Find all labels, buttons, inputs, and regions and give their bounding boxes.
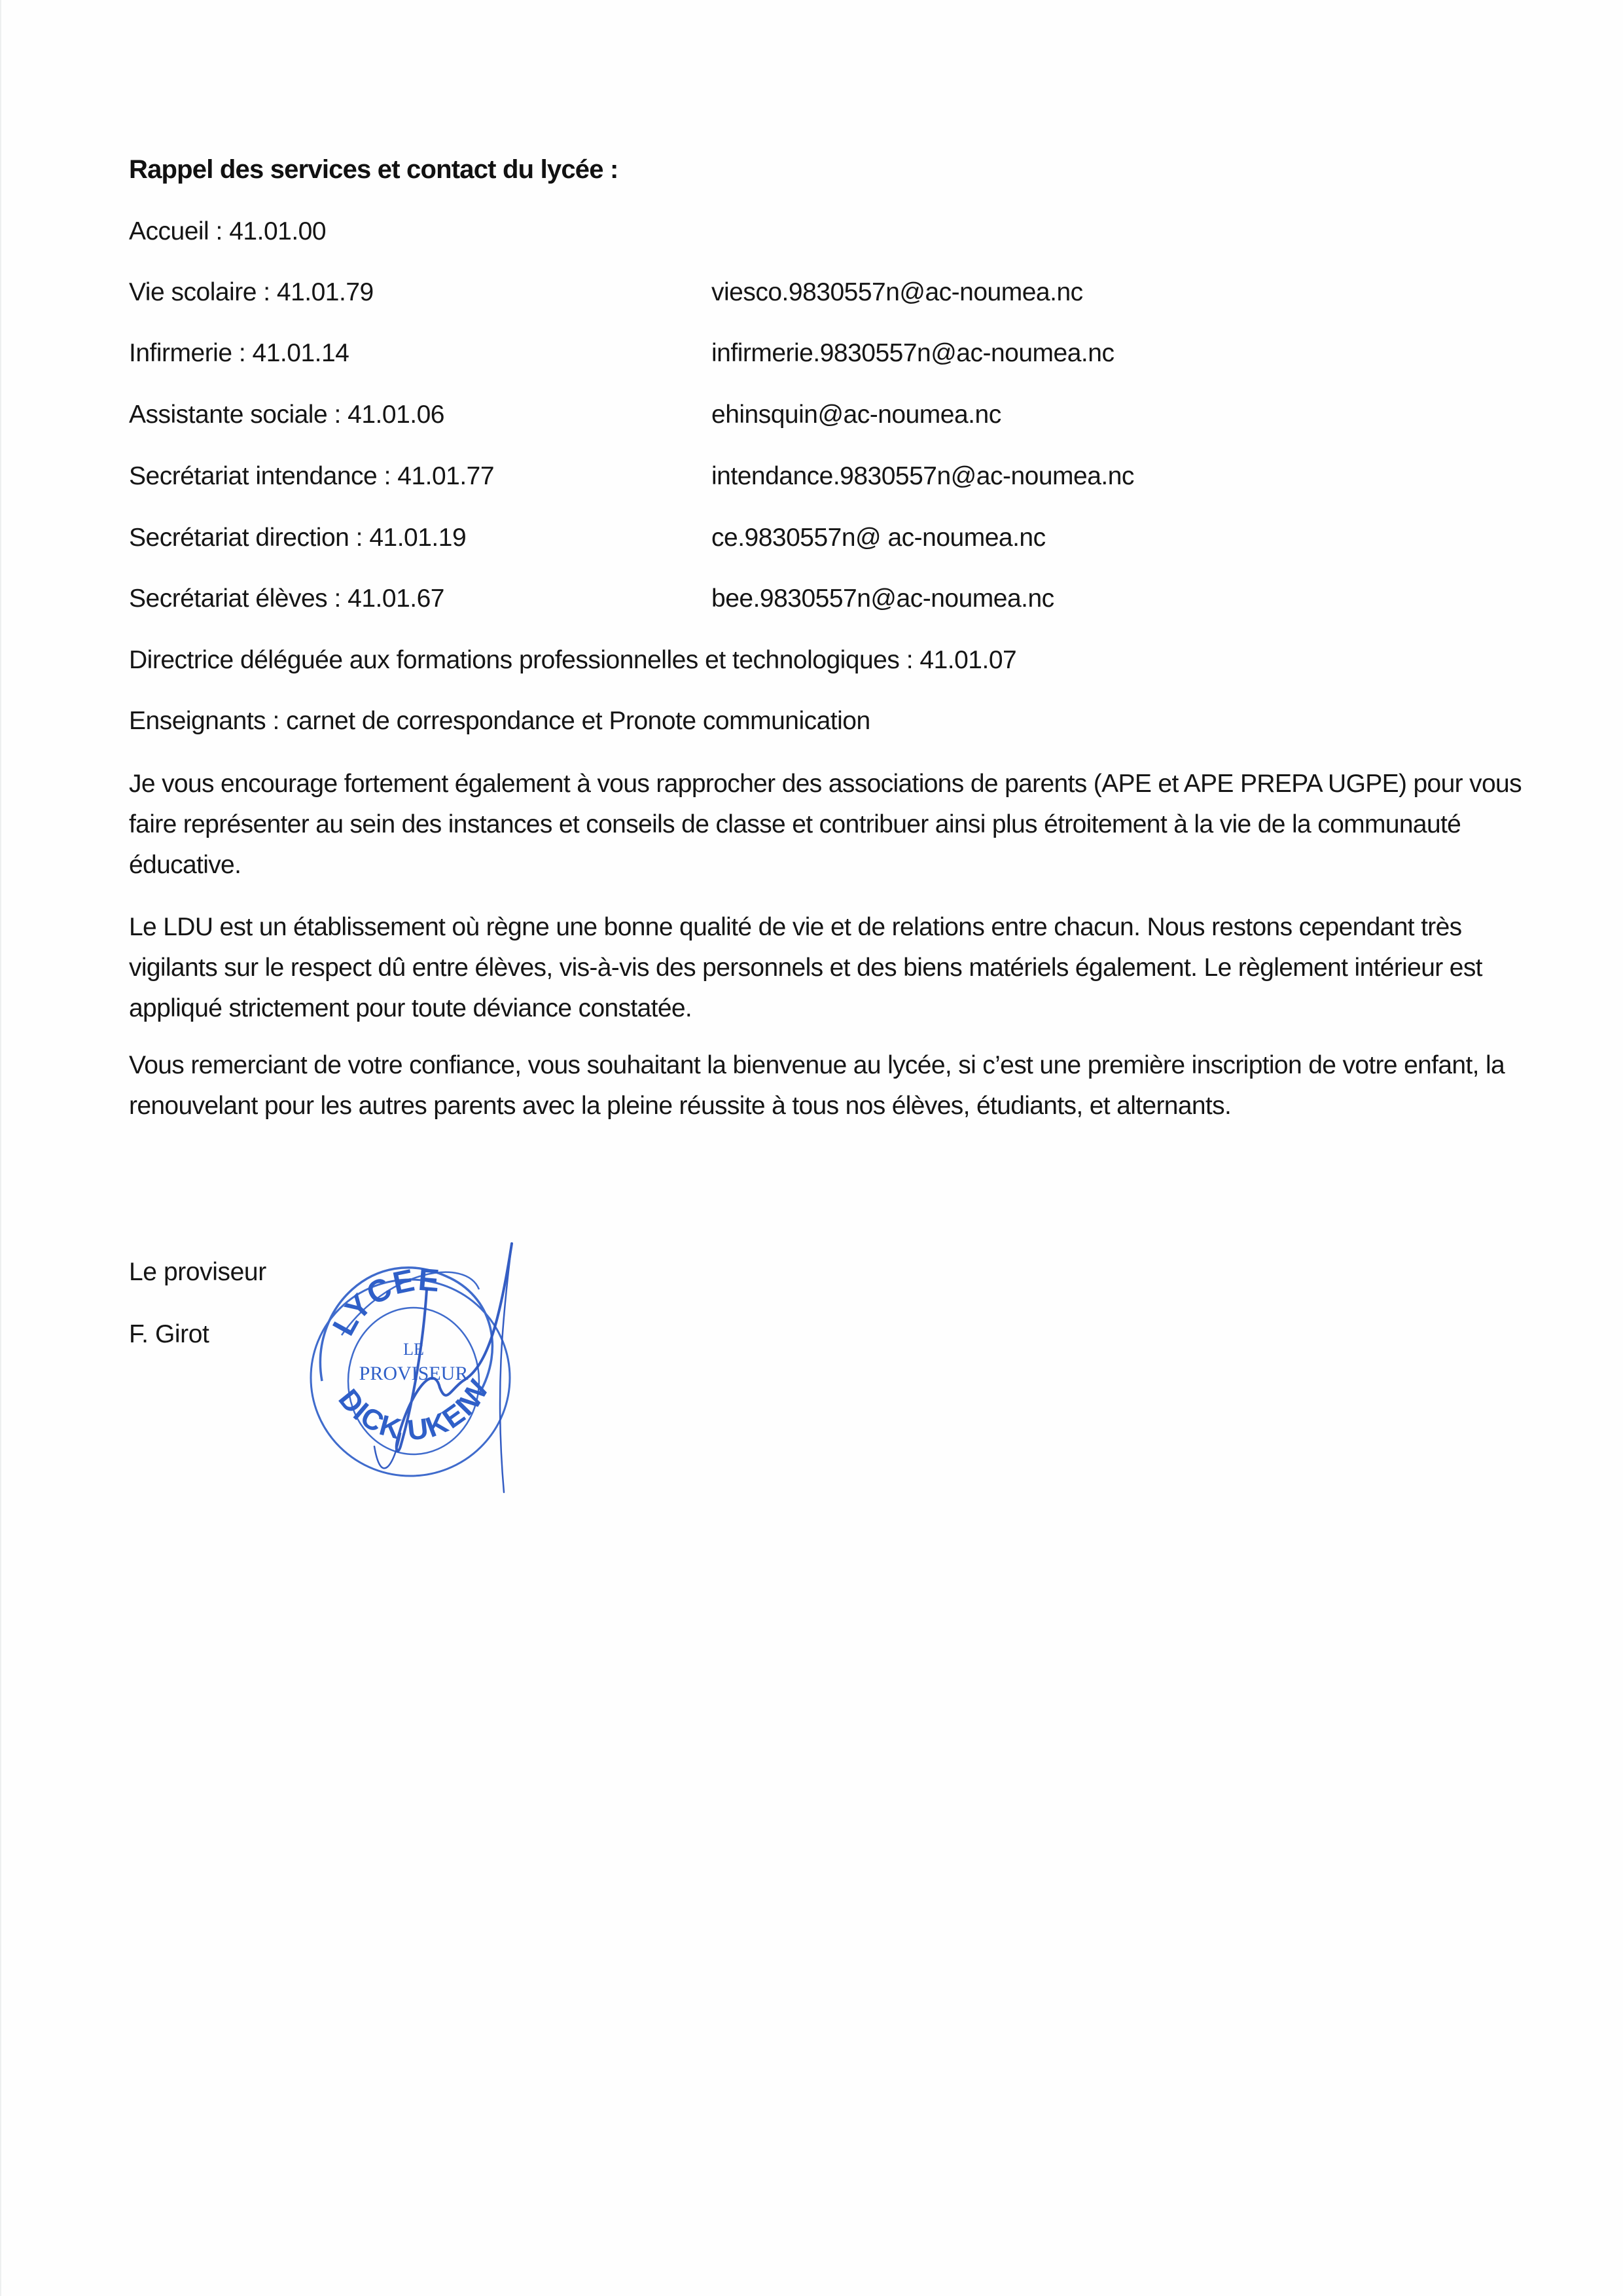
contact-email: viesco.9830557n@ac-noumea.nc <box>711 278 1083 307</box>
contact-row: Assistante sociale : 41.01.06 ehinsquin@… <box>129 401 1503 440</box>
contact-label: Secrétariat direction : 41.01.19 <box>129 524 466 552</box>
contacts-heading: Rappel des services et contact du lycée … <box>129 155 618 185</box>
stamp-bottom-text: DICK UKEIWE <box>283 1230 496 1446</box>
contact-label: Assistante sociale : 41.01.06 <box>129 401 444 429</box>
contact-label: Accueil : 41.01.00 <box>129 217 326 246</box>
contact-row: Infirmerie : 41.01.14 infirmerie.9830557… <box>129 339 1503 378</box>
contact-row: Vie scolaire : 41.01.79 viesco.9830557n@… <box>129 278 1503 317</box>
document-page: Rappel des services et contact du lycée … <box>0 0 1623 2296</box>
paragraph-closing: Vous remerciant de votre confiance, vous… <box>129 1045 1523 1126</box>
contact-label: Infirmerie : 41.01.14 <box>129 339 349 368</box>
contact-email: bee.9830557n@ac-noumea.nc <box>711 584 1054 613</box>
contact-email: ehinsquin@ac-noumea.nc <box>711 401 1001 429</box>
signature-title: Le proviseur <box>129 1258 266 1287</box>
contact-row: Accueil : 41.01.00 <box>129 217 1503 257</box>
enseignants-text: Enseignants : carnet de correspondance e… <box>129 707 870 736</box>
svg-text:PROVISEUR: PROVISEUR <box>359 1363 469 1384</box>
paragraph-ldu: Le LDU est un établissement où règne une… <box>129 907 1523 1029</box>
directrice-line: Directrice déléguée aux formations profe… <box>129 646 1503 685</box>
school-stamp: LYCEE DICK UKEIWE LE PROVISEUR <box>283 1230 544 1505</box>
contact-label: Vie scolaire : 41.01.79 <box>129 278 374 307</box>
contact-email: ce.9830557n@ ac-noumea.nc <box>711 524 1046 552</box>
enseignants-line: Enseignants : carnet de correspondance e… <box>129 707 1503 746</box>
contact-row: Secrétariat direction : 41.01.19 ce.9830… <box>129 524 1503 563</box>
contact-email: intendance.9830557n@ac-noumea.nc <box>711 462 1134 491</box>
directrice-text: Directrice déléguée aux formations profe… <box>129 646 1016 675</box>
contact-label: Secrétariat intendance : 41.01.77 <box>129 462 494 491</box>
contact-email: infirmerie.9830557n@ac-noumea.nc <box>711 339 1114 368</box>
paragraph-associations: Je vous encourage fortement également à … <box>129 764 1523 886</box>
contact-row: Secrétariat élèves : 41.01.67 bee.983055… <box>129 584 1503 624</box>
signature-name: F. Girot <box>129 1320 209 1349</box>
contact-row: Secrétariat intendance : 41.01.77 intend… <box>129 462 1503 501</box>
contact-label: Secrétariat élèves : 41.01.67 <box>129 584 444 613</box>
